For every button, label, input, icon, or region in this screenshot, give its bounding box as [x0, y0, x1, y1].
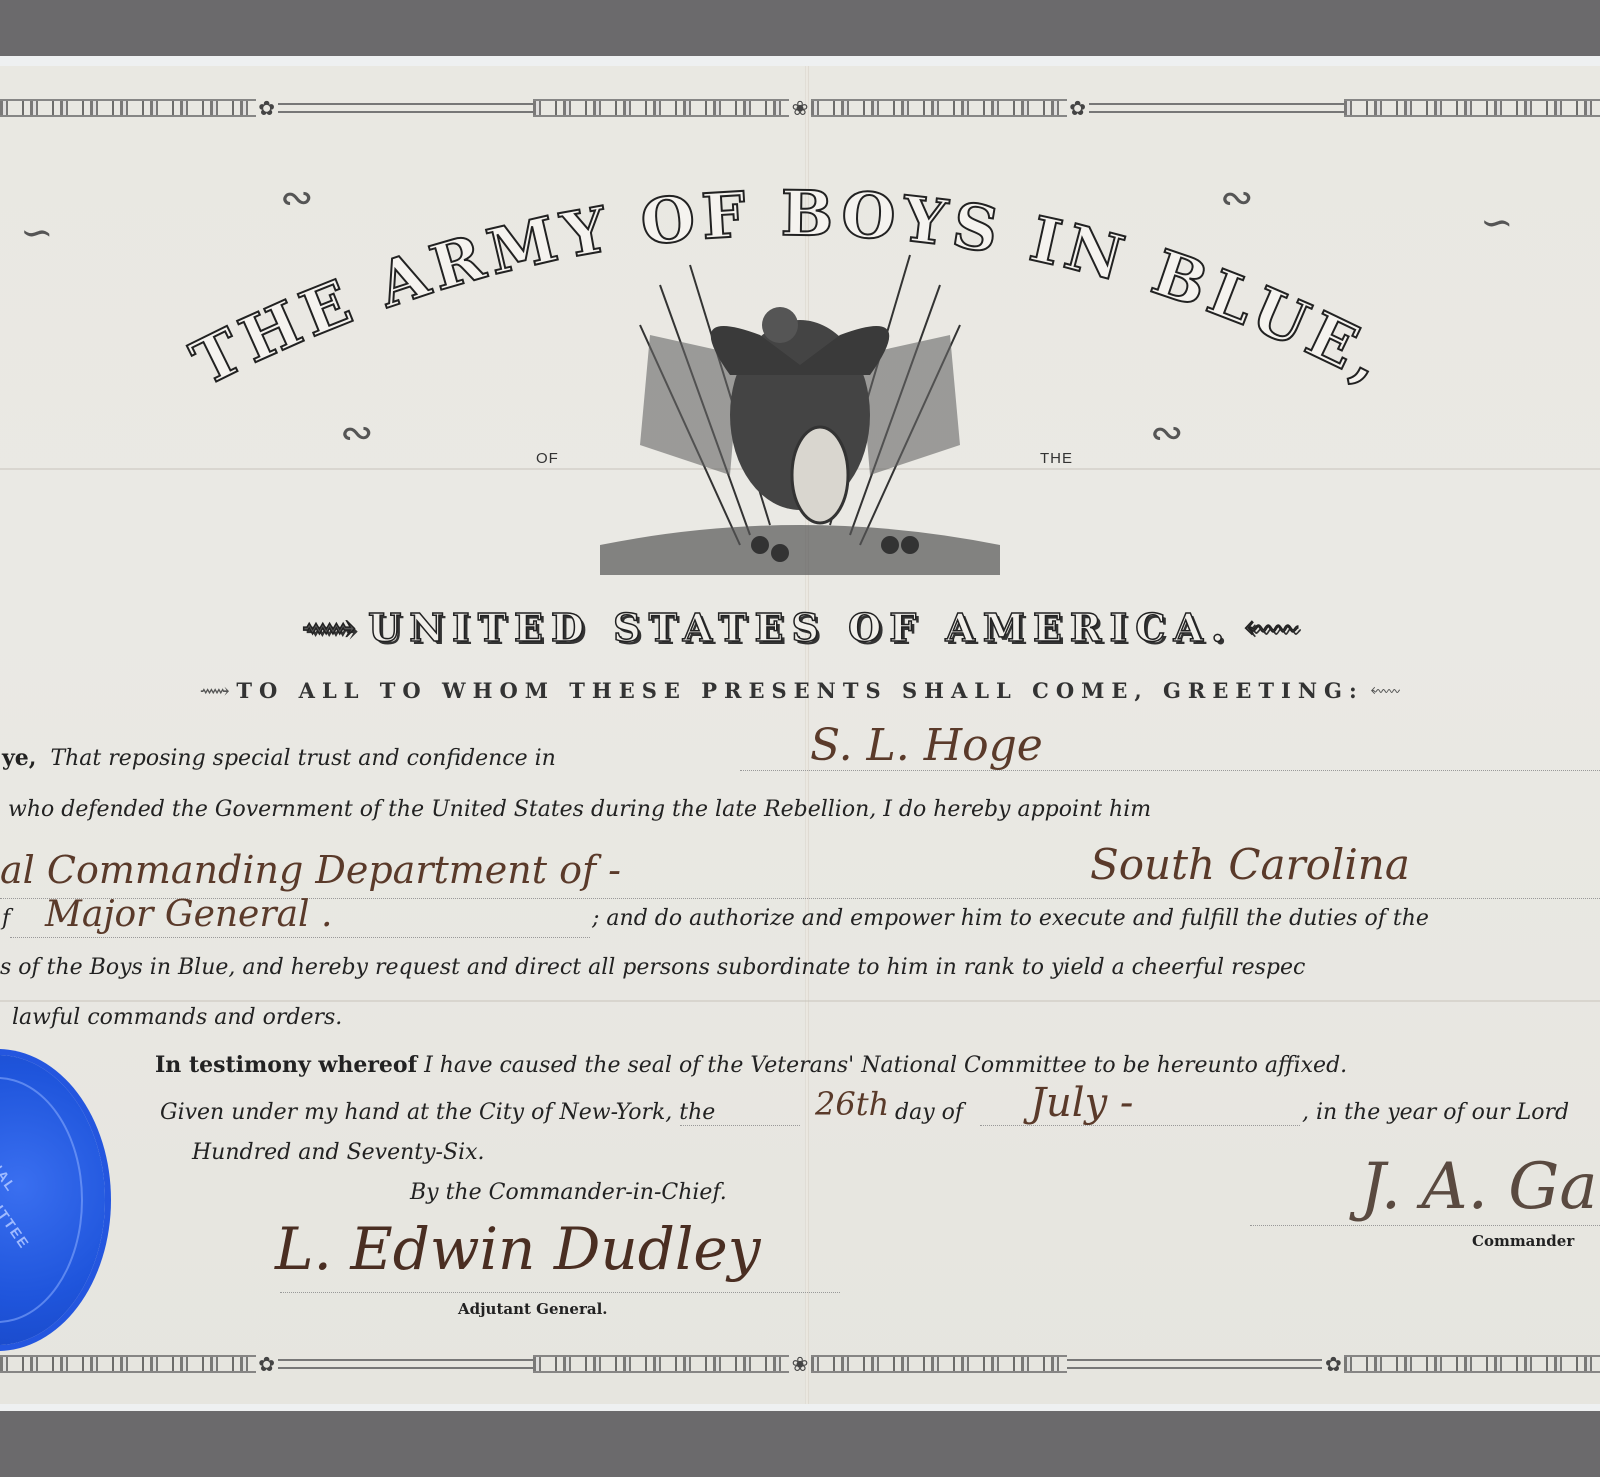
fill-line: [980, 1125, 1300, 1126]
body-line-4-prefix: f: [2, 906, 10, 931]
top-ornamental-border: ✿ ❀ ✿: [0, 97, 1600, 119]
signature-line: [280, 1292, 840, 1293]
flourish-right-icon: ⬳: [1364, 679, 1401, 703]
flourish-ornament: ∾: [340, 410, 374, 456]
signature-line: [1250, 1225, 1600, 1226]
subtitle-united-states: ⟿ UNITED STATES OF AMERICA. ⬳: [0, 605, 1600, 651]
bottom-ornamental-border: ✿ ❀ ✿: [0, 1353, 1600, 1375]
the-label: THE: [1040, 450, 1073, 467]
flourish-right-icon: ⬳: [1232, 606, 1298, 650]
day-value: 26th: [815, 1085, 889, 1123]
commander-title: Commander: [1472, 1232, 1574, 1250]
body-line-2: who defended the Government of the Unite…: [8, 797, 1151, 822]
adjutant-title: Adjutant General.: [458, 1300, 608, 1318]
horizontal-fold-crease: [0, 1000, 1600, 1002]
appointment-position: al Commanding Department of -: [0, 848, 621, 892]
rosette-icon: ❀: [789, 97, 811, 119]
given-line: Given under my hand at the City of New-Y…: [160, 1100, 715, 1125]
fill-line: [10, 937, 590, 938]
appointee-name: S. L. Hoge: [810, 720, 1043, 771]
fill-line: [680, 1125, 800, 1126]
rosette-icon: ✿: [1067, 97, 1089, 119]
rosette-icon: ✿: [1322, 1353, 1344, 1375]
by-commander-line: By the Commander-in-Chief.: [410, 1180, 727, 1205]
day-of-label: day of: [895, 1100, 963, 1125]
greeting-line: ⟿ TO ALL TO WHOM THESE PRESENTS SHALL CO…: [0, 678, 1600, 704]
flourish-left-icon: ⟿: [200, 679, 237, 703]
rosette-icon: ❀: [789, 1353, 811, 1375]
adjutant-signature: L. Edwin Dudley: [275, 1215, 760, 1283]
body-line-4: ; and do authorize and empower him to ex…: [592, 906, 1429, 931]
flourish-left-icon: ⟿: [302, 606, 369, 650]
flourish-ornament: ∾: [1220, 175, 1254, 221]
body-line-1: ye, That reposing special trust and conf…: [2, 745, 556, 771]
rosette-icon: ✿: [256, 97, 278, 119]
rank: Major General .: [45, 894, 332, 935]
year-of-lord-label: , in the year of our Lord: [1302, 1100, 1569, 1125]
month-value: July -: [1030, 1080, 1133, 1126]
eagle-flags-emblem-icon: [580, 245, 1020, 585]
of-label: OF: [536, 450, 559, 467]
year-text: Hundred and Seventy-Six.: [192, 1140, 485, 1165]
rosette-icon: ✿: [256, 1353, 278, 1375]
flourish-ornament: ∾: [1150, 410, 1184, 456]
commander-signature: J. A. Gar: [1360, 1150, 1600, 1224]
body-line-6: lawful commands and orders.: [12, 1005, 342, 1030]
flourish-ornament: ∾: [280, 175, 314, 221]
flourish-ornament: ∽: [1480, 200, 1514, 246]
body-line-5: s of the Boys in Blue, and hereby reques…: [0, 955, 1305, 980]
testimony-line: In testimony whereof I have caused the s…: [155, 1052, 1347, 1078]
flourish-ornament: ∽: [20, 210, 54, 256]
appointment-state: South Carolina: [1090, 840, 1410, 889]
